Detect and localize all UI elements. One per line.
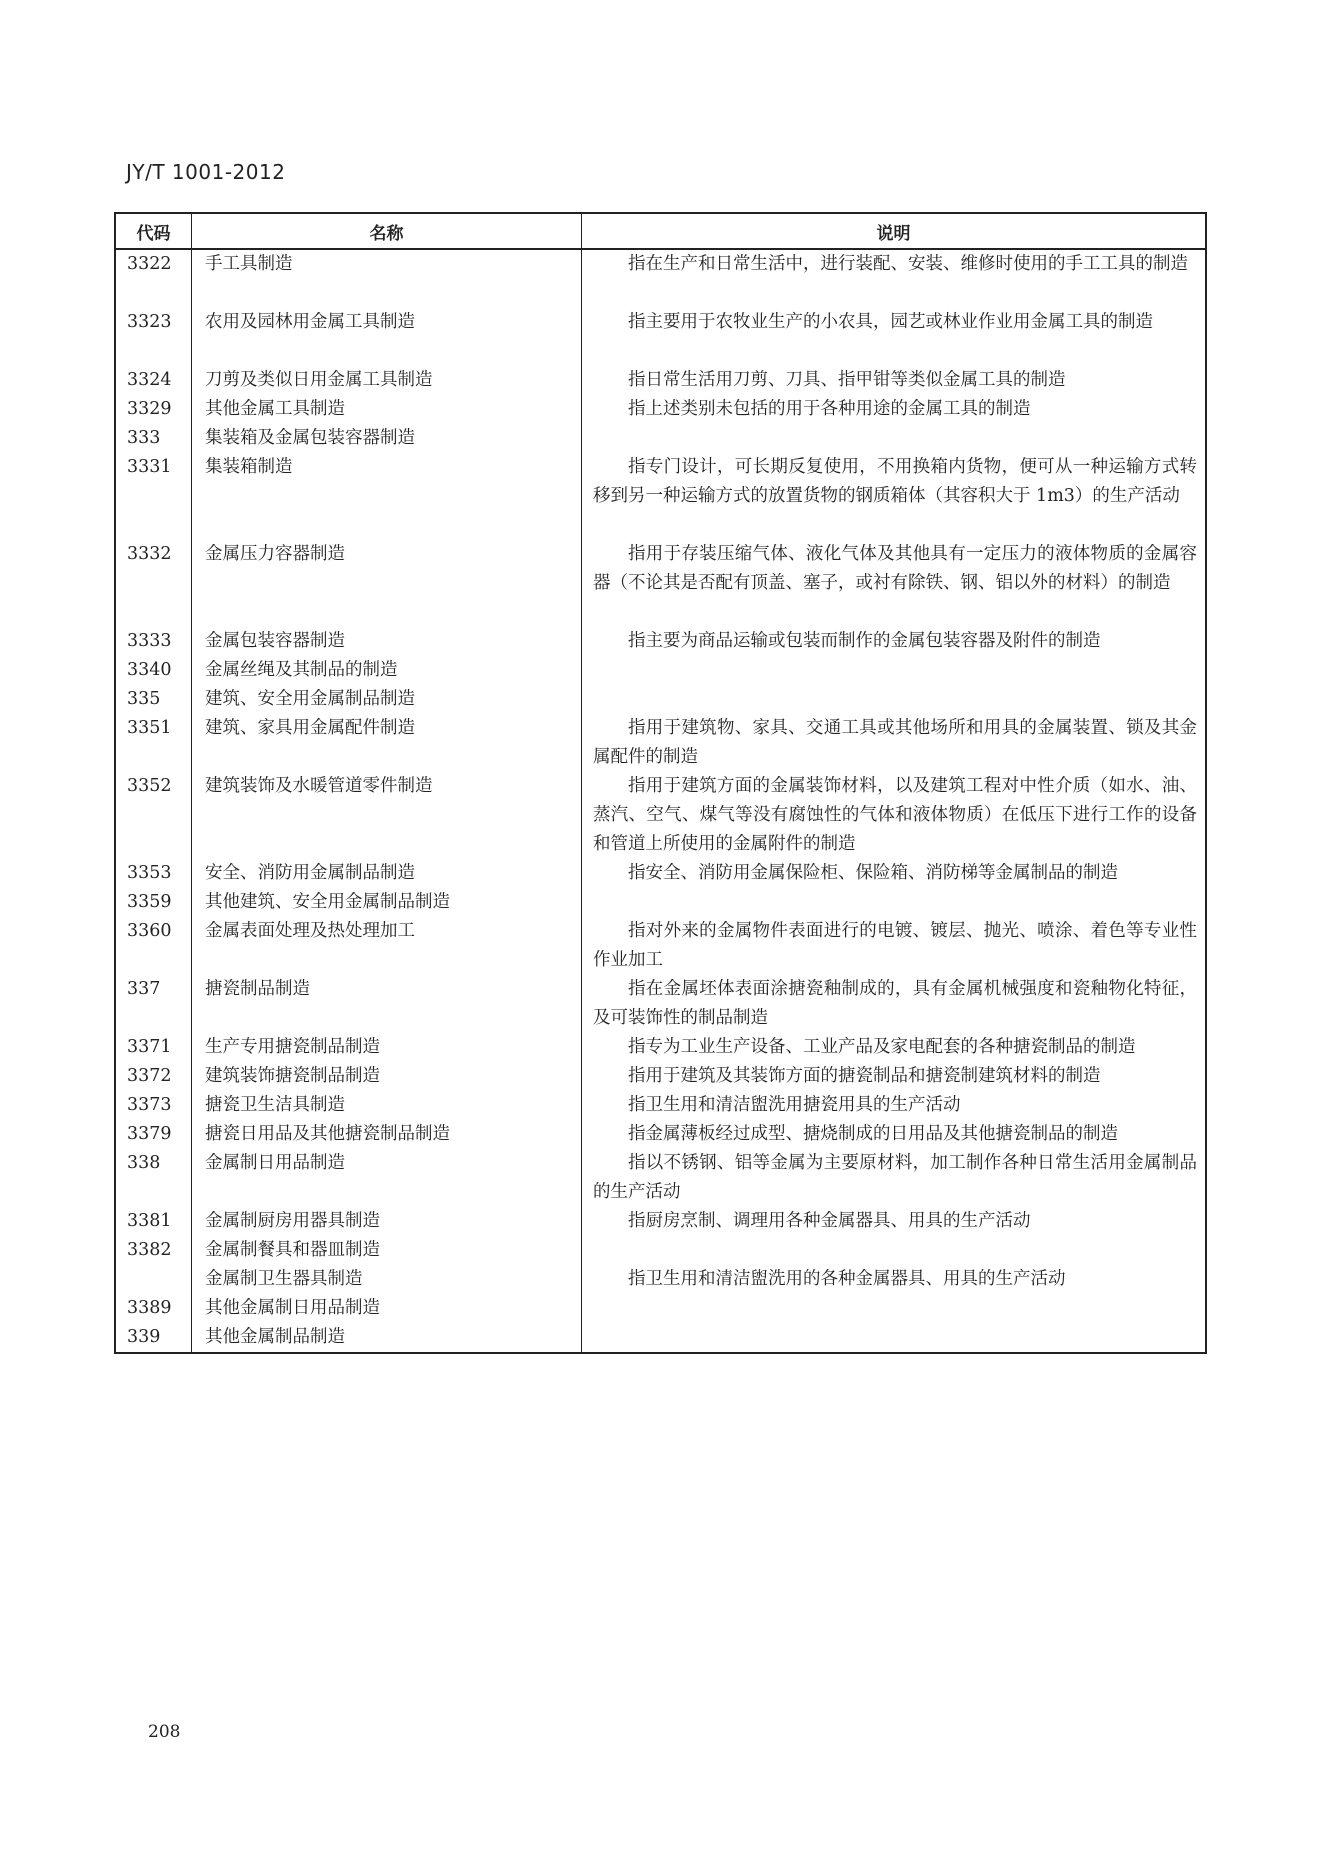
row-description: 指用于建筑物、家具、交通工具或其他场所和用具的金属装置、锁及其金属配件的制造 bbox=[582, 714, 1205, 772]
row-description: 指在生产和日常生活中，进行装配、安装、维修时使用的手工工具的制造 bbox=[582, 250, 1205, 308]
row-code: 3352 bbox=[116, 772, 192, 859]
row-code: 3360 bbox=[116, 917, 192, 975]
table-header: 代码 名称 说明 bbox=[116, 214, 1205, 250]
row-name: 安全、消防用金属制品制造 bbox=[192, 859, 582, 888]
row-description: 指日常生活用刀剪、刀具、指甲钳等类似金属工具的制造 bbox=[582, 366, 1205, 395]
table-row: 3373搪瓷卫生洁具制造指卫生用和清洁盥洗用搪瓷用具的生产活动 bbox=[116, 1091, 1205, 1120]
table-body: 3322手工具制造指在生产和日常生活中，进行装配、安装、维修时使用的手工工具的制… bbox=[116, 250, 1205, 1352]
row-code: 3351 bbox=[116, 714, 192, 772]
table-row: 3340金属丝绳及其制品的制造 bbox=[116, 656, 1205, 685]
row-name: 建筑、安全用金属制品制造 bbox=[192, 685, 582, 714]
row-description: 指用于建筑方面的金属装饰材料，以及建筑工程对中性介质（如水、油、蒸汽、空气、煤气… bbox=[582, 772, 1205, 859]
page-number: 208 bbox=[148, 1722, 180, 1742]
row-description: 指在金属坯体表面涂搪瓷釉制成的，具有金属机械强度和瓷釉物化特征，及可装饰性的制品… bbox=[582, 975, 1205, 1033]
row-name: 生产专用搪瓷制品制造 bbox=[192, 1033, 582, 1062]
row-name: 搪瓷制品制造 bbox=[192, 975, 582, 1033]
industry-classification-table: 代码 名称 说明 3322手工具制造指在生产和日常生活中，进行装配、安装、维修时… bbox=[114, 212, 1207, 1354]
table-row: 3371生产专用搪瓷制品制造指专为工业生产设备、工业产品及家电配套的各种搪瓷制品… bbox=[116, 1033, 1205, 1062]
row-name: 金属表面处理及热处理加工 bbox=[192, 917, 582, 975]
row-description bbox=[582, 656, 1205, 685]
table-row: 3379搪瓷日用品及其他搪瓷制品制造指金属薄板经过成型、搪烧制成的日用品及其他搪… bbox=[116, 1120, 1205, 1149]
row-name: 手工具制造 bbox=[192, 250, 582, 308]
row-description bbox=[582, 1323, 1205, 1352]
table-row: 3372建筑装饰搪瓷制品制造指用于建筑及其装饰方面的搪瓷制品和搪瓷制建筑材料的制… bbox=[116, 1062, 1205, 1091]
row-name: 金属制日用品制造 bbox=[192, 1149, 582, 1207]
row-code: 3371 bbox=[116, 1033, 192, 1062]
table-row: 337搪瓷制品制造指在金属坯体表面涂搪瓷釉制成的，具有金属机械强度和瓷釉物化特征… bbox=[116, 975, 1205, 1033]
row-code: 337 bbox=[116, 975, 192, 1033]
row-description: 指上述类别未包括的用于各种用途的金属工具的制造 bbox=[582, 395, 1205, 424]
row-name: 刀剪及类似日用金属工具制造 bbox=[192, 366, 582, 395]
column-header-code: 代码 bbox=[116, 214, 192, 248]
table-row: 3333金属包装容器制造指主要为商品运输或包装而制作的金属包装容器及附件的制造 bbox=[116, 627, 1205, 656]
row-description: 指卫生用和清洁盥洗用的各种金属器具、用具的生产活动 bbox=[582, 1265, 1205, 1294]
row-description bbox=[582, 424, 1205, 453]
row-code: 3331 bbox=[116, 453, 192, 540]
row-code: 3382 bbox=[116, 1236, 192, 1265]
row-code: 3323 bbox=[116, 308, 192, 366]
column-header-description: 说明 bbox=[582, 214, 1205, 248]
row-name: 农用及园林用金属工具制造 bbox=[192, 308, 582, 366]
row-description: 指专门设计，可长期反复使用，不用换箱内货物，便可从一种运输方式转移到另一种运输方… bbox=[582, 453, 1205, 540]
row-code: 3359 bbox=[116, 888, 192, 917]
row-code: 3389 bbox=[116, 1294, 192, 1323]
row-code: 339 bbox=[116, 1323, 192, 1352]
row-name: 搪瓷日用品及其他搪瓷制品制造 bbox=[192, 1120, 582, 1149]
table-row: 3324刀剪及类似日用金属工具制造指日常生活用刀剪、刀具、指甲钳等类似金属工具的… bbox=[116, 366, 1205, 395]
row-description: 指以不锈钢、铝等金属为主要原材料，加工制作各种日常生活用金属制品的生产活动 bbox=[582, 1149, 1205, 1207]
row-code: 3332 bbox=[116, 540, 192, 627]
table-row: 3353安全、消防用金属制品制造指安全、消防用金属保险柜、保险箱、消防梯等金属制… bbox=[116, 859, 1205, 888]
row-code: 3353 bbox=[116, 859, 192, 888]
row-description bbox=[582, 1294, 1205, 1323]
row-code: 3373 bbox=[116, 1091, 192, 1120]
table-row: 3351建筑、家具用金属配件制造指用于建筑物、家具、交通工具或其他场所和用具的金… bbox=[116, 714, 1205, 772]
row-code bbox=[116, 1265, 192, 1294]
table-row: 3382金属制餐具和器皿制造 bbox=[116, 1236, 1205, 1265]
table-row: 3381金属制厨房用器具制造指厨房烹制、调理用各种金属器具、用具的生产活动 bbox=[116, 1207, 1205, 1236]
row-name: 搪瓷卫生洁具制造 bbox=[192, 1091, 582, 1120]
row-description: 指金属薄板经过成型、搪烧制成的日用品及其他搪瓷制品的制造 bbox=[582, 1120, 1205, 1149]
row-description: 指厨房烹制、调理用各种金属器具、用具的生产活动 bbox=[582, 1207, 1205, 1236]
row-description: 指卫生用和清洁盥洗用搪瓷用具的生产活动 bbox=[582, 1091, 1205, 1120]
row-description: 指用于存装压缩气体、液化气体及其他具有一定压力的液体物质的金属容器（不论其是否配… bbox=[582, 540, 1205, 627]
table-row: 3332金属压力容器制造指用于存装压缩气体、液化气体及其他具有一定压力的液体物质… bbox=[116, 540, 1205, 627]
row-description bbox=[582, 685, 1205, 714]
row-name: 集装箱制造 bbox=[192, 453, 582, 540]
row-code: 3340 bbox=[116, 656, 192, 685]
row-name: 金属压力容器制造 bbox=[192, 540, 582, 627]
row-name: 金属丝绳及其制品的制造 bbox=[192, 656, 582, 685]
row-description: 指主要为商品运输或包装而制作的金属包装容器及附件的制造 bbox=[582, 627, 1205, 656]
table-row: 3359其他建筑、安全用金属制品制造 bbox=[116, 888, 1205, 917]
row-name: 金属制卫生器具制造 bbox=[192, 1265, 582, 1294]
row-name: 其他金属工具制造 bbox=[192, 395, 582, 424]
row-name: 建筑装饰搪瓷制品制造 bbox=[192, 1062, 582, 1091]
row-name: 其他金属制品制造 bbox=[192, 1323, 582, 1352]
table-row: 3352建筑装饰及水暖管道零件制造指用于建筑方面的金属装饰材料，以及建筑工程对中… bbox=[116, 772, 1205, 859]
row-code: 338 bbox=[116, 1149, 192, 1207]
row-code: 3322 bbox=[116, 250, 192, 308]
row-name: 建筑、家具用金属配件制造 bbox=[192, 714, 582, 772]
table-row: 金属制卫生器具制造指卫生用和清洁盥洗用的各种金属器具、用具的生产活动 bbox=[116, 1265, 1205, 1294]
row-code: 3329 bbox=[116, 395, 192, 424]
table-row: 3323农用及园林用金属工具制造指主要用于农牧业生产的小农具，园艺或林业作业用金… bbox=[116, 308, 1205, 366]
column-header-name: 名称 bbox=[192, 214, 582, 248]
row-code: 3324 bbox=[116, 366, 192, 395]
table-row: 3329其他金属工具制造指上述类别未包括的用于各种用途的金属工具的制造 bbox=[116, 395, 1205, 424]
row-description: 指对外来的金属物件表面进行的电镀、镀层、抛光、喷涂、着色等专业性作业加工 bbox=[582, 917, 1205, 975]
row-code: 3372 bbox=[116, 1062, 192, 1091]
row-name: 建筑装饰及水暖管道零件制造 bbox=[192, 772, 582, 859]
table-row: 3322手工具制造指在生产和日常生活中，进行装配、安装、维修时使用的手工工具的制… bbox=[116, 250, 1205, 308]
row-name: 金属包装容器制造 bbox=[192, 627, 582, 656]
row-code: 3381 bbox=[116, 1207, 192, 1236]
row-name: 金属制厨房用器具制造 bbox=[192, 1207, 582, 1236]
standard-code: JY/T 1001-2012 bbox=[126, 160, 285, 184]
table-row: 339其他金属制品制造 bbox=[116, 1323, 1205, 1352]
row-name: 其他金属制日用品制造 bbox=[192, 1294, 582, 1323]
table-row: 335建筑、安全用金属制品制造 bbox=[116, 685, 1205, 714]
row-name: 集装箱及金属包装容器制造 bbox=[192, 424, 582, 453]
row-code: 3379 bbox=[116, 1120, 192, 1149]
row-code: 3333 bbox=[116, 627, 192, 656]
row-description: 指安全、消防用金属保险柜、保险箱、消防梯等金属制品的制造 bbox=[582, 859, 1205, 888]
row-code: 335 bbox=[116, 685, 192, 714]
row-name: 其他建筑、安全用金属制品制造 bbox=[192, 888, 582, 917]
row-description bbox=[582, 1236, 1205, 1265]
row-code: 333 bbox=[116, 424, 192, 453]
row-description: 指专为工业生产设备、工业产品及家电配套的各种搪瓷制品的制造 bbox=[582, 1033, 1205, 1062]
table-row: 3360金属表面处理及热处理加工指对外来的金属物件表面进行的电镀、镀层、抛光、喷… bbox=[116, 917, 1205, 975]
table-row: 333集装箱及金属包装容器制造 bbox=[116, 424, 1205, 453]
row-name: 金属制餐具和器皿制造 bbox=[192, 1236, 582, 1265]
row-description bbox=[582, 888, 1205, 917]
row-description: 指用于建筑及其装饰方面的搪瓷制品和搪瓷制建筑材料的制造 bbox=[582, 1062, 1205, 1091]
table-row: 3389其他金属制日用品制造 bbox=[116, 1294, 1205, 1323]
table-row: 338金属制日用品制造指以不锈钢、铝等金属为主要原材料，加工制作各种日常生活用金… bbox=[116, 1149, 1205, 1207]
row-description: 指主要用于农牧业生产的小农具，园艺或林业作业用金属工具的制造 bbox=[582, 308, 1205, 366]
table-row: 3331集装箱制造指专门设计，可长期反复使用，不用换箱内货物，便可从一种运输方式… bbox=[116, 453, 1205, 540]
